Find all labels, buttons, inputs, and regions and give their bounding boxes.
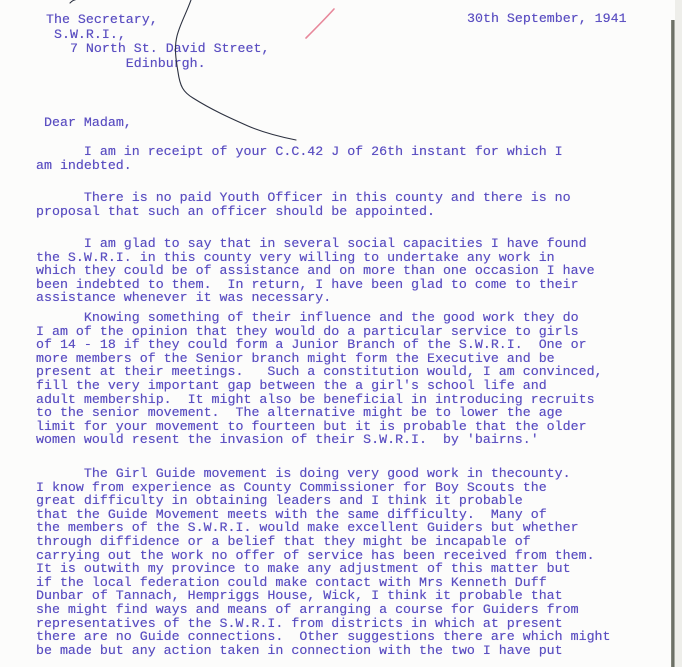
text-line: been indebted to them. In return, I have… [36,278,595,292]
text-line: women would resent the invasion of their… [36,433,603,447]
text-line: There is no paid Youth Officer in this c… [36,191,571,205]
text-line: carrying out the work no offer of servic… [36,549,611,563]
text-line: adult membership. It might also be benef… [36,393,603,407]
text-line: assistance whenever it was necessary. [36,291,595,305]
address-line: Edinburgh. [46,56,206,71]
text-line: which they could be of assistance and on… [36,264,595,278]
paragraph-receipt: I am in receipt of your C.C.42 J of 26th… [36,145,563,172]
text-line: that the Guide Movement meets with the s… [36,508,611,522]
text-line: the members of the S.W.R.I. would make e… [36,521,611,535]
scanner-margin [675,0,682,667]
address-line: S.W.R.I., [46,27,126,42]
salutation: Dear Madam, [44,116,132,130]
paragraph-girl-guides: The Girl Guide movement is doing very go… [36,467,611,657]
text-line: present at their meetings. Such a consti… [36,365,603,379]
letter-page: The Secretary, S.W.R.I., 7 North St. Dav… [0,0,682,667]
text-line: there are no Guide connections. Other su… [36,630,611,644]
text-line: It is outwith my province to make any ad… [36,562,611,576]
text-line: of 14 - 18 if they could form a Junior B… [36,338,603,352]
text-line: be made but any action taken in connecti… [36,644,611,658]
text-line: she might find ways and means of arrangi… [36,603,611,617]
text-line: if the local federation could make conta… [36,576,611,590]
text-line: more members of the Senior branch might … [36,352,603,366]
text-line: am indebted. [36,159,563,173]
text-line: limit for your movement to fourteen but … [36,420,603,434]
text-line: through diffidence or a belief that they… [36,535,611,549]
paragraph-social-capacities: I am glad to say that in several social … [36,237,595,305]
text-line: proposal that such an officer should be … [36,205,571,219]
text-line: I know from experience as County Commiss… [36,481,611,495]
text-line: Dunbar of Tannach, Hempriggs House, Wick… [36,589,611,603]
red-pencil-mark [306,9,334,38]
letter-date: 30th September, 1941 [467,12,627,26]
address-line: The Secretary, [46,12,158,27]
address-line: 7 North St. David Street, [46,41,269,56]
text-line: Knowing something of their influence and… [36,311,603,325]
text-line: to the senior movement. The alternative … [36,406,603,420]
text-line: I am glad to say that in several social … [36,237,595,251]
text-line: I am of the opinion that they would do a… [36,325,603,339]
recipient-address: The Secretary, S.W.R.I., 7 North St. Dav… [46,13,269,71]
text-line: The Girl Guide movement is doing very go… [36,467,611,481]
paragraph-youth-officer: There is no paid Youth Officer in this c… [36,191,571,218]
text-line: the S.W.R.I. in this county very willing… [36,251,595,265]
text-line: fill the very important gap between the … [36,379,603,393]
text-line: I am in receipt of your C.C.42 J of 26th… [36,145,563,159]
text-line: great difficulty in obtaining leaders an… [36,494,611,508]
paragraph-junior-branch: Knowing something of their influence and… [36,311,603,447]
text-line: representatives of the S.W.R.I. from dis… [36,617,611,631]
